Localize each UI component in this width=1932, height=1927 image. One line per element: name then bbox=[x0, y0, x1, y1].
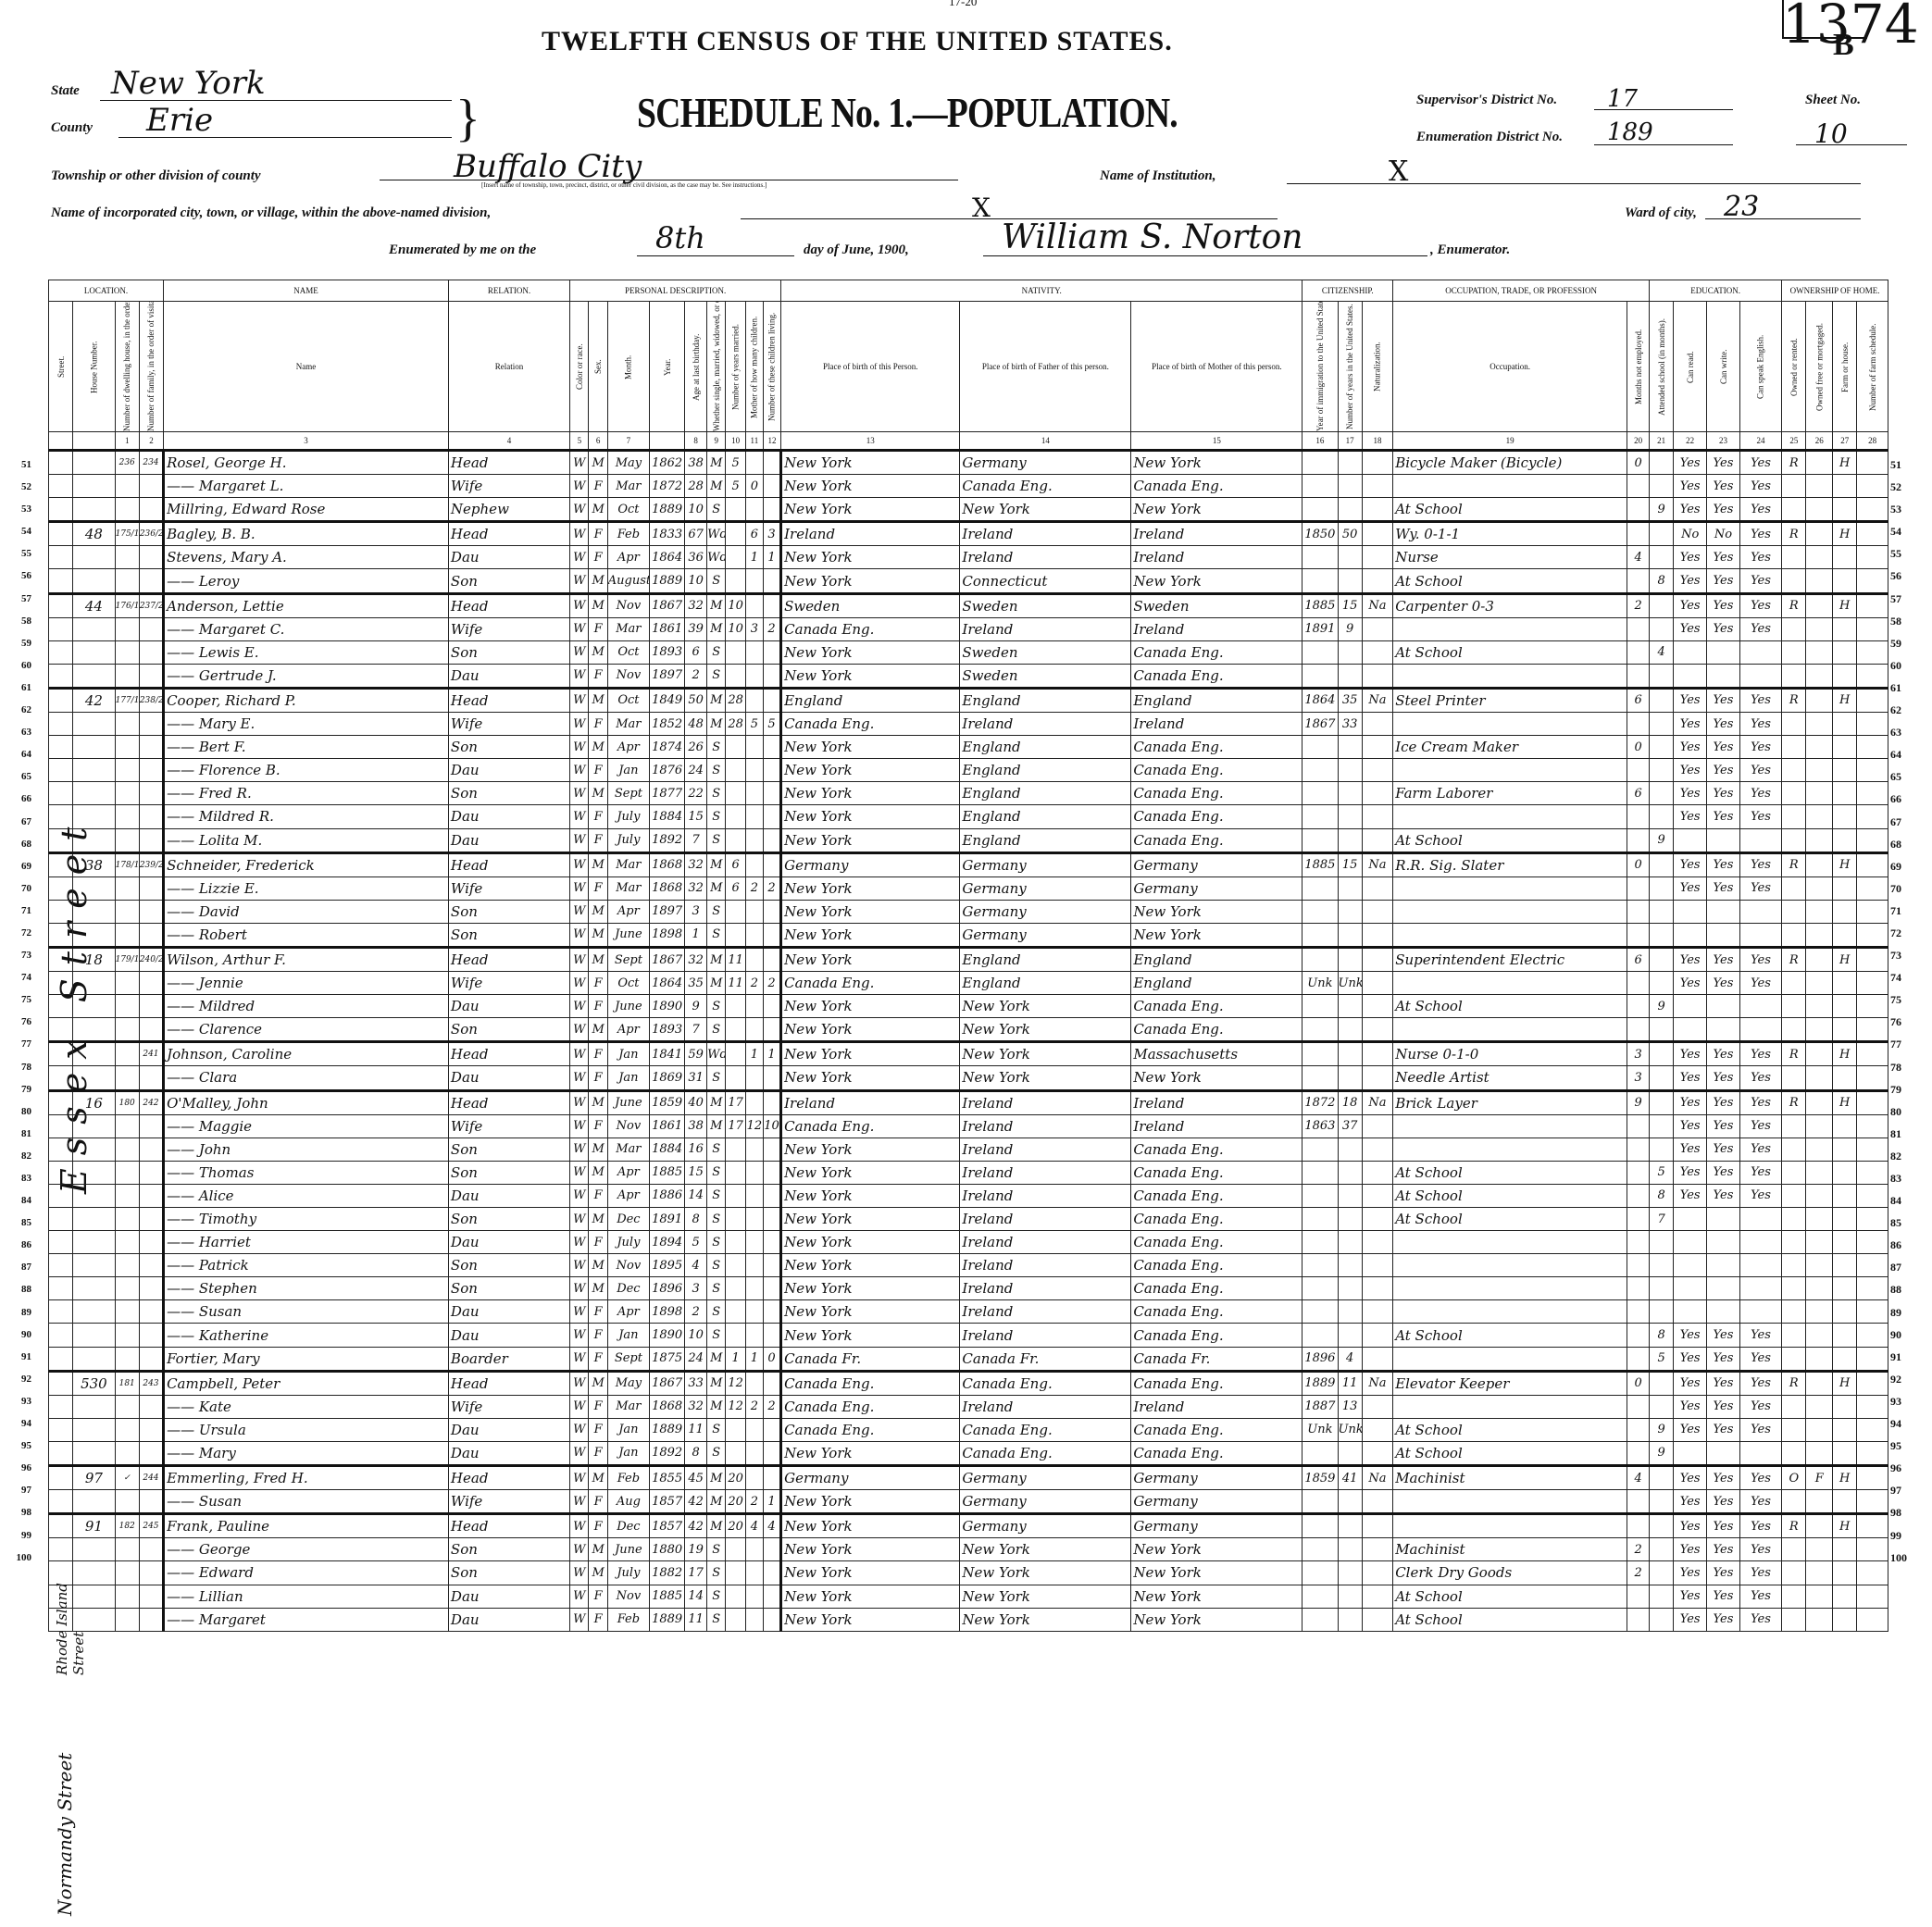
occupation-cell[interactable] bbox=[1393, 1114, 1627, 1138]
birthplace-cell[interactable]: Canada Eng. bbox=[781, 617, 960, 640]
years-in-us-cell[interactable] bbox=[1338, 805, 1362, 828]
immigration-year-cell[interactable]: 1891 bbox=[1303, 617, 1338, 640]
relation-cell[interactable]: Dau bbox=[448, 995, 569, 1018]
age-cell[interactable]: 22 bbox=[685, 782, 707, 805]
children-living-cell[interactable]: 5 bbox=[763, 713, 780, 736]
can-write-cell[interactable]: Yes bbox=[1707, 617, 1740, 640]
can-write-cell[interactable] bbox=[1707, 995, 1740, 1018]
free-mortgaged-cell[interactable] bbox=[1806, 1090, 1833, 1114]
occupation-cell[interactable] bbox=[1393, 713, 1627, 736]
owned-rented-cell[interactable] bbox=[1782, 1324, 1806, 1347]
birthplace-cell[interactable]: Germany bbox=[781, 852, 960, 876]
family-number-cell[interactable] bbox=[139, 713, 163, 736]
dwelling-number-cell[interactable]: 179/180 bbox=[115, 947, 139, 971]
birthplace-cell[interactable]: New York bbox=[781, 1208, 960, 1231]
school-months-cell[interactable] bbox=[1650, 1466, 1674, 1490]
school-months-cell[interactable]: 8 bbox=[1650, 1324, 1674, 1347]
years-married-cell[interactable] bbox=[726, 1608, 745, 1631]
occupation-cell[interactable] bbox=[1393, 923, 1627, 947]
name-cell[interactable]: O'Malley, John bbox=[164, 1090, 449, 1114]
speaks-english-cell[interactable]: Yes bbox=[1739, 498, 1781, 522]
marital-status-cell[interactable]: M bbox=[707, 1395, 726, 1418]
sex-cell[interactable]: M bbox=[589, 1208, 607, 1231]
months-unemployed-cell[interactable] bbox=[1627, 1114, 1650, 1138]
marital-status-cell[interactable]: S bbox=[707, 900, 726, 923]
marital-status-cell[interactable]: Wd bbox=[707, 1042, 726, 1066]
birthplace-cell[interactable]: New York bbox=[781, 569, 960, 593]
street-cell[interactable] bbox=[49, 1138, 73, 1161]
months-unemployed-cell[interactable] bbox=[1627, 900, 1650, 923]
farm-house-cell[interactable] bbox=[1833, 759, 1857, 782]
house-number-cell[interactable] bbox=[73, 498, 115, 522]
years-in-us-cell[interactable]: 9 bbox=[1338, 617, 1362, 640]
birthplace-cell[interactable]: Canada Eng. bbox=[781, 1418, 960, 1441]
birth-year-cell[interactable]: 1897 bbox=[650, 664, 685, 688]
house-number-cell[interactable] bbox=[73, 451, 115, 475]
color-cell[interactable]: W bbox=[570, 1090, 589, 1114]
relation-cell[interactable]: Head bbox=[448, 688, 569, 712]
speaks-english-cell[interactable]: Yes bbox=[1739, 876, 1781, 900]
can-read-cell[interactable]: Yes bbox=[1674, 852, 1707, 876]
house-number-cell[interactable] bbox=[73, 1585, 115, 1608]
farm-house-cell[interactable] bbox=[1833, 1161, 1857, 1184]
institution-field[interactable]: X bbox=[1287, 155, 1861, 184]
can-write-cell[interactable]: Yes bbox=[1707, 1161, 1740, 1184]
can-write-cell[interactable] bbox=[1707, 664, 1740, 688]
name-cell[interactable]: Fortier, Mary bbox=[164, 1347, 449, 1371]
marital-status-cell[interactable]: M bbox=[707, 1466, 726, 1490]
birth-month-cell[interactable]: July bbox=[607, 805, 649, 828]
color-cell[interactable]: W bbox=[570, 1490, 589, 1514]
sex-cell[interactable]: F bbox=[589, 522, 607, 546]
birth-month-cell[interactable]: Apr bbox=[607, 736, 649, 759]
dwelling-number-cell[interactable] bbox=[115, 1608, 139, 1631]
school-months-cell[interactable] bbox=[1650, 1514, 1674, 1538]
school-months-cell[interactable] bbox=[1650, 522, 1674, 546]
naturalization-cell[interactable] bbox=[1362, 1608, 1392, 1631]
naturalization-cell[interactable]: Na bbox=[1362, 1371, 1392, 1395]
farm-house-cell[interactable] bbox=[1833, 876, 1857, 900]
school-months-cell[interactable]: 8 bbox=[1650, 569, 1674, 593]
birth-year-cell[interactable]: 1897 bbox=[650, 900, 685, 923]
children-living-cell[interactable] bbox=[763, 1561, 780, 1585]
farm-house-cell[interactable] bbox=[1833, 805, 1857, 828]
can-write-cell[interactable] bbox=[1707, 1208, 1740, 1231]
birthplace-cell[interactable]: Canada Eng. bbox=[781, 1371, 960, 1395]
owned-rented-cell[interactable] bbox=[1782, 736, 1806, 759]
mother-of-cell[interactable] bbox=[745, 947, 763, 971]
naturalization-cell[interactable] bbox=[1362, 805, 1392, 828]
farm-schedule-cell[interactable] bbox=[1857, 1514, 1888, 1538]
speaks-english-cell[interactable]: Yes bbox=[1739, 736, 1781, 759]
children-living-cell[interactable]: 1 bbox=[763, 1042, 780, 1066]
years-married-cell[interactable]: 1 bbox=[726, 1347, 745, 1371]
marital-status-cell[interactable]: M bbox=[707, 1114, 726, 1138]
farm-schedule-cell[interactable] bbox=[1857, 1042, 1888, 1066]
family-number-cell[interactable] bbox=[139, 1538, 163, 1561]
occupation-cell[interactable]: R.R. Sig. Slater bbox=[1393, 852, 1627, 876]
father-birthplace-cell[interactable]: Ireland bbox=[960, 1324, 1131, 1347]
mother-of-cell[interactable] bbox=[745, 498, 763, 522]
can-read-cell[interactable]: Yes bbox=[1674, 1466, 1707, 1490]
children-living-cell[interactable]: 3 bbox=[763, 522, 780, 546]
marital-status-cell[interactable]: S bbox=[707, 759, 726, 782]
naturalization-cell[interactable] bbox=[1362, 923, 1392, 947]
dwelling-number-cell[interactable] bbox=[115, 1561, 139, 1585]
naturalization-cell[interactable] bbox=[1362, 1418, 1392, 1441]
years-married-cell[interactable] bbox=[726, 782, 745, 805]
free-mortgaged-cell[interactable] bbox=[1806, 451, 1833, 475]
can-write-cell[interactable]: Yes bbox=[1707, 569, 1740, 593]
owned-rented-cell[interactable]: R bbox=[1782, 688, 1806, 712]
owned-rented-cell[interactable] bbox=[1782, 664, 1806, 688]
farm-schedule-cell[interactable] bbox=[1857, 1208, 1888, 1231]
name-cell[interactable]: —— Mildred R. bbox=[164, 805, 449, 828]
birthplace-cell[interactable]: New York bbox=[781, 995, 960, 1018]
birth-month-cell[interactable]: Oct bbox=[607, 688, 649, 712]
name-cell[interactable]: —— Ursula bbox=[164, 1418, 449, 1441]
street-cell[interactable] bbox=[49, 782, 73, 805]
dwelling-number-cell[interactable] bbox=[115, 498, 139, 522]
father-birthplace-cell[interactable]: Ireland bbox=[960, 713, 1131, 736]
name-cell[interactable]: —— Florence B. bbox=[164, 759, 449, 782]
farm-schedule-cell[interactable] bbox=[1857, 828, 1888, 852]
street-cell[interactable] bbox=[49, 900, 73, 923]
state-field[interactable]: New York bbox=[100, 65, 452, 101]
sex-cell[interactable]: M bbox=[589, 923, 607, 947]
marital-status-cell[interactable]: M bbox=[707, 1514, 726, 1538]
name-cell[interactable]: —— Margaret C. bbox=[164, 617, 449, 640]
birth-month-cell[interactable]: Nov bbox=[607, 1114, 649, 1138]
can-write-cell[interactable] bbox=[1707, 1018, 1740, 1042]
birthplace-cell[interactable]: New York bbox=[781, 947, 960, 971]
relation-cell[interactable]: Son bbox=[448, 1138, 569, 1161]
mother-birthplace-cell[interactable]: Sweden bbox=[1131, 593, 1303, 617]
mother-birthplace-cell[interactable]: Canada Eng. bbox=[1131, 1018, 1303, 1042]
farm-schedule-cell[interactable] bbox=[1857, 1347, 1888, 1371]
marital-status-cell[interactable]: M bbox=[707, 876, 726, 900]
birthplace-cell[interactable]: New York bbox=[781, 876, 960, 900]
occupation-cell[interactable]: At School bbox=[1393, 1161, 1627, 1184]
birthplace-cell[interactable]: New York bbox=[781, 1042, 960, 1066]
can-read-cell[interactable]: Yes bbox=[1674, 451, 1707, 475]
dwelling-number-cell[interactable] bbox=[115, 1161, 139, 1184]
speaks-english-cell[interactable]: Yes bbox=[1739, 475, 1781, 498]
dwelling-number-cell[interactable] bbox=[115, 828, 139, 852]
can-write-cell[interactable]: Yes bbox=[1707, 1466, 1740, 1490]
family-number-cell[interactable] bbox=[139, 1138, 163, 1161]
years-in-us-cell[interactable] bbox=[1338, 782, 1362, 805]
farm-house-cell[interactable]: H bbox=[1833, 1466, 1857, 1490]
house-number-cell[interactable]: 18 bbox=[73, 947, 115, 971]
dwelling-number-cell[interactable] bbox=[115, 1418, 139, 1441]
color-cell[interactable]: W bbox=[570, 1418, 589, 1441]
children-living-cell[interactable] bbox=[763, 923, 780, 947]
birth-month-cell[interactable]: Oct bbox=[607, 498, 649, 522]
months-unemployed-cell[interactable] bbox=[1627, 1231, 1650, 1254]
farm-house-cell[interactable]: H bbox=[1833, 522, 1857, 546]
family-number-cell[interactable]: 237/236 bbox=[139, 593, 163, 617]
house-number-cell[interactable] bbox=[73, 1300, 115, 1324]
years-married-cell[interactable]: 12 bbox=[726, 1371, 745, 1395]
birth-month-cell[interactable]: Apr bbox=[607, 546, 649, 569]
age-cell[interactable]: 14 bbox=[685, 1184, 707, 1207]
farm-house-cell[interactable]: H bbox=[1833, 947, 1857, 971]
birthplace-cell[interactable]: New York bbox=[781, 1231, 960, 1254]
mother-of-cell[interactable]: 2 bbox=[745, 972, 763, 995]
farm-schedule-cell[interactable] bbox=[1857, 546, 1888, 569]
immigration-year-cell[interactable] bbox=[1303, 900, 1338, 923]
street-cell[interactable] bbox=[49, 1018, 73, 1042]
family-number-cell[interactable] bbox=[139, 1347, 163, 1371]
can-write-cell[interactable]: Yes bbox=[1707, 1184, 1740, 1207]
mother-birthplace-cell[interactable]: New York bbox=[1131, 1066, 1303, 1090]
birthplace-cell[interactable]: New York bbox=[781, 664, 960, 688]
farm-house-cell[interactable] bbox=[1833, 664, 1857, 688]
sex-cell[interactable]: F bbox=[589, 759, 607, 782]
name-cell[interactable]: —— Lewis E. bbox=[164, 640, 449, 664]
sex-cell[interactable]: F bbox=[589, 1441, 607, 1465]
name-cell[interactable]: —— Alice bbox=[164, 1184, 449, 1207]
relation-cell[interactable]: Head bbox=[448, 1514, 569, 1538]
owned-rented-cell[interactable] bbox=[1782, 805, 1806, 828]
immigration-year-cell[interactable] bbox=[1303, 1514, 1338, 1538]
years-married-cell[interactable] bbox=[726, 1042, 745, 1066]
street-cell[interactable] bbox=[49, 546, 73, 569]
immigration-year-cell[interactable] bbox=[1303, 569, 1338, 593]
dwelling-number-cell[interactable] bbox=[115, 759, 139, 782]
family-number-cell[interactable] bbox=[139, 1608, 163, 1631]
sex-cell[interactable]: F bbox=[589, 805, 607, 828]
naturalization-cell[interactable] bbox=[1362, 736, 1392, 759]
farm-house-cell[interactable] bbox=[1833, 617, 1857, 640]
house-number-cell[interactable] bbox=[73, 1347, 115, 1371]
children-living-cell[interactable] bbox=[763, 1324, 780, 1347]
dwelling-number-cell[interactable] bbox=[115, 736, 139, 759]
years-in-us-cell[interactable] bbox=[1338, 451, 1362, 475]
years-in-us-cell[interactable]: 37 bbox=[1338, 1114, 1362, 1138]
birth-month-cell[interactable]: Dec bbox=[607, 1208, 649, 1231]
birth-month-cell[interactable]: Dec bbox=[607, 1514, 649, 1538]
dwelling-number-cell[interactable]: 236 bbox=[115, 451, 139, 475]
years-in-us-cell[interactable] bbox=[1338, 546, 1362, 569]
relation-cell[interactable]: Head bbox=[448, 1042, 569, 1066]
dwelling-number-cell[interactable] bbox=[115, 1184, 139, 1207]
months-unemployed-cell[interactable] bbox=[1627, 923, 1650, 947]
owned-rented-cell[interactable]: R bbox=[1782, 1514, 1806, 1538]
years-married-cell[interactable] bbox=[726, 736, 745, 759]
marital-status-cell[interactable]: S bbox=[707, 1585, 726, 1608]
color-cell[interactable]: W bbox=[570, 782, 589, 805]
farm-house-cell[interactable] bbox=[1833, 1138, 1857, 1161]
house-number-cell[interactable] bbox=[73, 900, 115, 923]
birth-month-cell[interactable]: Apr bbox=[607, 900, 649, 923]
birthplace-cell[interactable]: New York bbox=[781, 736, 960, 759]
children-living-cell[interactable]: 1 bbox=[763, 546, 780, 569]
farm-schedule-cell[interactable] bbox=[1857, 569, 1888, 593]
marital-status-cell[interactable]: S bbox=[707, 1441, 726, 1465]
can-write-cell[interactable] bbox=[1707, 1254, 1740, 1277]
marital-status-cell[interactable]: S bbox=[707, 1231, 726, 1254]
naturalization-cell[interactable] bbox=[1362, 1231, 1392, 1254]
sex-cell[interactable]: M bbox=[589, 736, 607, 759]
age-cell[interactable]: 35 bbox=[685, 972, 707, 995]
can-write-cell[interactable]: Yes bbox=[1707, 1395, 1740, 1418]
house-number-cell[interactable] bbox=[73, 1254, 115, 1277]
color-cell[interactable]: W bbox=[570, 593, 589, 617]
owned-rented-cell[interactable] bbox=[1782, 1418, 1806, 1441]
occupation-cell[interactable]: At School bbox=[1393, 828, 1627, 852]
marital-status-cell[interactable]: S bbox=[707, 1418, 726, 1441]
can-read-cell[interactable]: Yes bbox=[1674, 593, 1707, 617]
children-living-cell[interactable] bbox=[763, 1466, 780, 1490]
months-unemployed-cell[interactable] bbox=[1627, 1585, 1650, 1608]
color-cell[interactable]: W bbox=[570, 713, 589, 736]
owned-rented-cell[interactable]: R bbox=[1782, 852, 1806, 876]
age-cell[interactable]: 32 bbox=[685, 947, 707, 971]
birth-year-cell[interactable]: 1891 bbox=[650, 1208, 685, 1231]
age-cell[interactable]: 32 bbox=[685, 1395, 707, 1418]
children-living-cell[interactable] bbox=[763, 1066, 780, 1090]
house-number-cell[interactable] bbox=[73, 546, 115, 569]
birthplace-cell[interactable]: New York bbox=[781, 451, 960, 475]
father-birthplace-cell[interactable]: Canada Fr. bbox=[960, 1347, 1131, 1371]
school-months-cell[interactable] bbox=[1650, 1395, 1674, 1418]
free-mortgaged-cell[interactable] bbox=[1806, 1514, 1833, 1538]
farm-house-cell[interactable] bbox=[1833, 1066, 1857, 1090]
can-read-cell[interactable]: Yes bbox=[1674, 617, 1707, 640]
birthplace-cell[interactable]: New York bbox=[781, 1018, 960, 1042]
street-cell[interactable] bbox=[49, 759, 73, 782]
farm-house-cell[interactable] bbox=[1833, 546, 1857, 569]
birthplace-cell[interactable]: New York bbox=[781, 1538, 960, 1561]
children-living-cell[interactable] bbox=[763, 1184, 780, 1207]
can-write-cell[interactable]: Yes bbox=[1707, 972, 1740, 995]
birthplace-cell[interactable]: New York bbox=[781, 759, 960, 782]
father-birthplace-cell[interactable]: Germany bbox=[960, 852, 1131, 876]
farm-schedule-cell[interactable] bbox=[1857, 498, 1888, 522]
owned-rented-cell[interactable]: R bbox=[1782, 451, 1806, 475]
can-write-cell[interactable]: Yes bbox=[1707, 782, 1740, 805]
can-read-cell[interactable] bbox=[1674, 828, 1707, 852]
months-unemployed-cell[interactable] bbox=[1627, 876, 1650, 900]
speaks-english-cell[interactable]: Yes bbox=[1739, 1466, 1781, 1490]
name-cell[interactable]: Johnson, Caroline bbox=[164, 1042, 449, 1066]
relation-cell[interactable]: Son bbox=[448, 1538, 569, 1561]
speaks-english-cell[interactable] bbox=[1739, 664, 1781, 688]
farm-schedule-cell[interactable] bbox=[1857, 1018, 1888, 1042]
can-write-cell[interactable]: Yes bbox=[1707, 546, 1740, 569]
birth-year-cell[interactable]: 1885 bbox=[650, 1161, 685, 1184]
farm-house-cell[interactable]: H bbox=[1833, 593, 1857, 617]
family-number-cell[interactable] bbox=[139, 805, 163, 828]
speaks-english-cell[interactable] bbox=[1739, 995, 1781, 1018]
birth-month-cell[interactable]: Mar bbox=[607, 1138, 649, 1161]
color-cell[interactable]: W bbox=[570, 1441, 589, 1465]
naturalization-cell[interactable] bbox=[1362, 1138, 1392, 1161]
sex-cell[interactable]: M bbox=[589, 1277, 607, 1300]
years-married-cell[interactable] bbox=[726, 498, 745, 522]
age-cell[interactable]: 15 bbox=[685, 1161, 707, 1184]
months-unemployed-cell[interactable]: 3 bbox=[1627, 1042, 1650, 1066]
mother-of-cell[interactable]: 2 bbox=[745, 876, 763, 900]
birth-year-cell[interactable]: 1890 bbox=[650, 995, 685, 1018]
relation-cell[interactable]: Dau bbox=[448, 1585, 569, 1608]
dwelling-number-cell[interactable] bbox=[115, 617, 139, 640]
birth-month-cell[interactable]: Jan bbox=[607, 759, 649, 782]
mother-of-cell[interactable] bbox=[745, 900, 763, 923]
months-unemployed-cell[interactable] bbox=[1627, 1277, 1650, 1300]
marital-status-cell[interactable]: M bbox=[707, 688, 726, 712]
father-birthplace-cell[interactable]: Ireland bbox=[960, 1277, 1131, 1300]
sex-cell[interactable]: F bbox=[589, 1066, 607, 1090]
years-in-us-cell[interactable] bbox=[1338, 1208, 1362, 1231]
occupation-cell[interactable]: Steel Printer bbox=[1393, 688, 1627, 712]
speaks-english-cell[interactable]: Yes bbox=[1739, 546, 1781, 569]
birth-year-cell[interactable]: 1885 bbox=[650, 1585, 685, 1608]
can-write-cell[interactable] bbox=[1707, 1300, 1740, 1324]
relation-cell[interactable]: Dau bbox=[448, 805, 569, 828]
father-birthplace-cell[interactable]: New York bbox=[960, 1042, 1131, 1066]
color-cell[interactable]: W bbox=[570, 876, 589, 900]
age-cell[interactable]: 11 bbox=[685, 1418, 707, 1441]
birth-month-cell[interactable]: Mar bbox=[607, 876, 649, 900]
farm-schedule-cell[interactable] bbox=[1857, 1490, 1888, 1514]
color-cell[interactable]: W bbox=[570, 1114, 589, 1138]
years-married-cell[interactable]: 17 bbox=[726, 1090, 745, 1114]
months-unemployed-cell[interactable]: 2 bbox=[1627, 1561, 1650, 1585]
mother-of-cell[interactable]: 1 bbox=[745, 1042, 763, 1066]
owned-rented-cell[interactable] bbox=[1782, 828, 1806, 852]
sex-cell[interactable]: M bbox=[589, 688, 607, 712]
years-in-us-cell[interactable]: Unk bbox=[1338, 1418, 1362, 1441]
color-cell[interactable]: W bbox=[570, 759, 589, 782]
naturalization-cell[interactable] bbox=[1362, 1042, 1392, 1066]
house-number-cell[interactable] bbox=[73, 1042, 115, 1066]
house-number-cell[interactable] bbox=[73, 1441, 115, 1465]
name-cell[interactable]: —— Margaret L. bbox=[164, 475, 449, 498]
age-cell[interactable]: 32 bbox=[685, 593, 707, 617]
birth-month-cell[interactable]: May bbox=[607, 1371, 649, 1395]
can-write-cell[interactable]: Yes bbox=[1707, 498, 1740, 522]
birth-month-cell[interactable]: Mar bbox=[607, 713, 649, 736]
house-number-cell[interactable] bbox=[73, 569, 115, 593]
owned-rented-cell[interactable] bbox=[1782, 1184, 1806, 1207]
farm-schedule-cell[interactable] bbox=[1857, 1324, 1888, 1347]
school-months-cell[interactable] bbox=[1650, 688, 1674, 712]
family-number-cell[interactable] bbox=[139, 1300, 163, 1324]
children-living-cell[interactable] bbox=[763, 1018, 780, 1042]
years-married-cell[interactable] bbox=[726, 1184, 745, 1207]
name-cell[interactable]: —— Susan bbox=[164, 1490, 449, 1514]
owned-rented-cell[interactable] bbox=[1782, 759, 1806, 782]
birthplace-cell[interactable]: New York bbox=[781, 1514, 960, 1538]
months-unemployed-cell[interactable] bbox=[1627, 1514, 1650, 1538]
dwelling-number-cell[interactable] bbox=[115, 1254, 139, 1277]
free-mortgaged-cell[interactable]: F bbox=[1806, 1466, 1833, 1490]
children-living-cell[interactable] bbox=[763, 947, 780, 971]
marital-status-cell[interactable]: M bbox=[707, 972, 726, 995]
free-mortgaged-cell[interactable] bbox=[1806, 852, 1833, 876]
mother-birthplace-cell[interactable]: New York bbox=[1131, 1585, 1303, 1608]
months-unemployed-cell[interactable] bbox=[1627, 1608, 1650, 1631]
can-write-cell[interactable] bbox=[1707, 640, 1740, 664]
naturalization-cell[interactable] bbox=[1362, 1066, 1392, 1090]
age-cell[interactable]: 8 bbox=[685, 1441, 707, 1465]
owned-rented-cell[interactable] bbox=[1782, 1441, 1806, 1465]
speaks-english-cell[interactable]: Yes bbox=[1739, 1585, 1781, 1608]
enumerator-field[interactable]: William S. Norton bbox=[983, 218, 1427, 256]
